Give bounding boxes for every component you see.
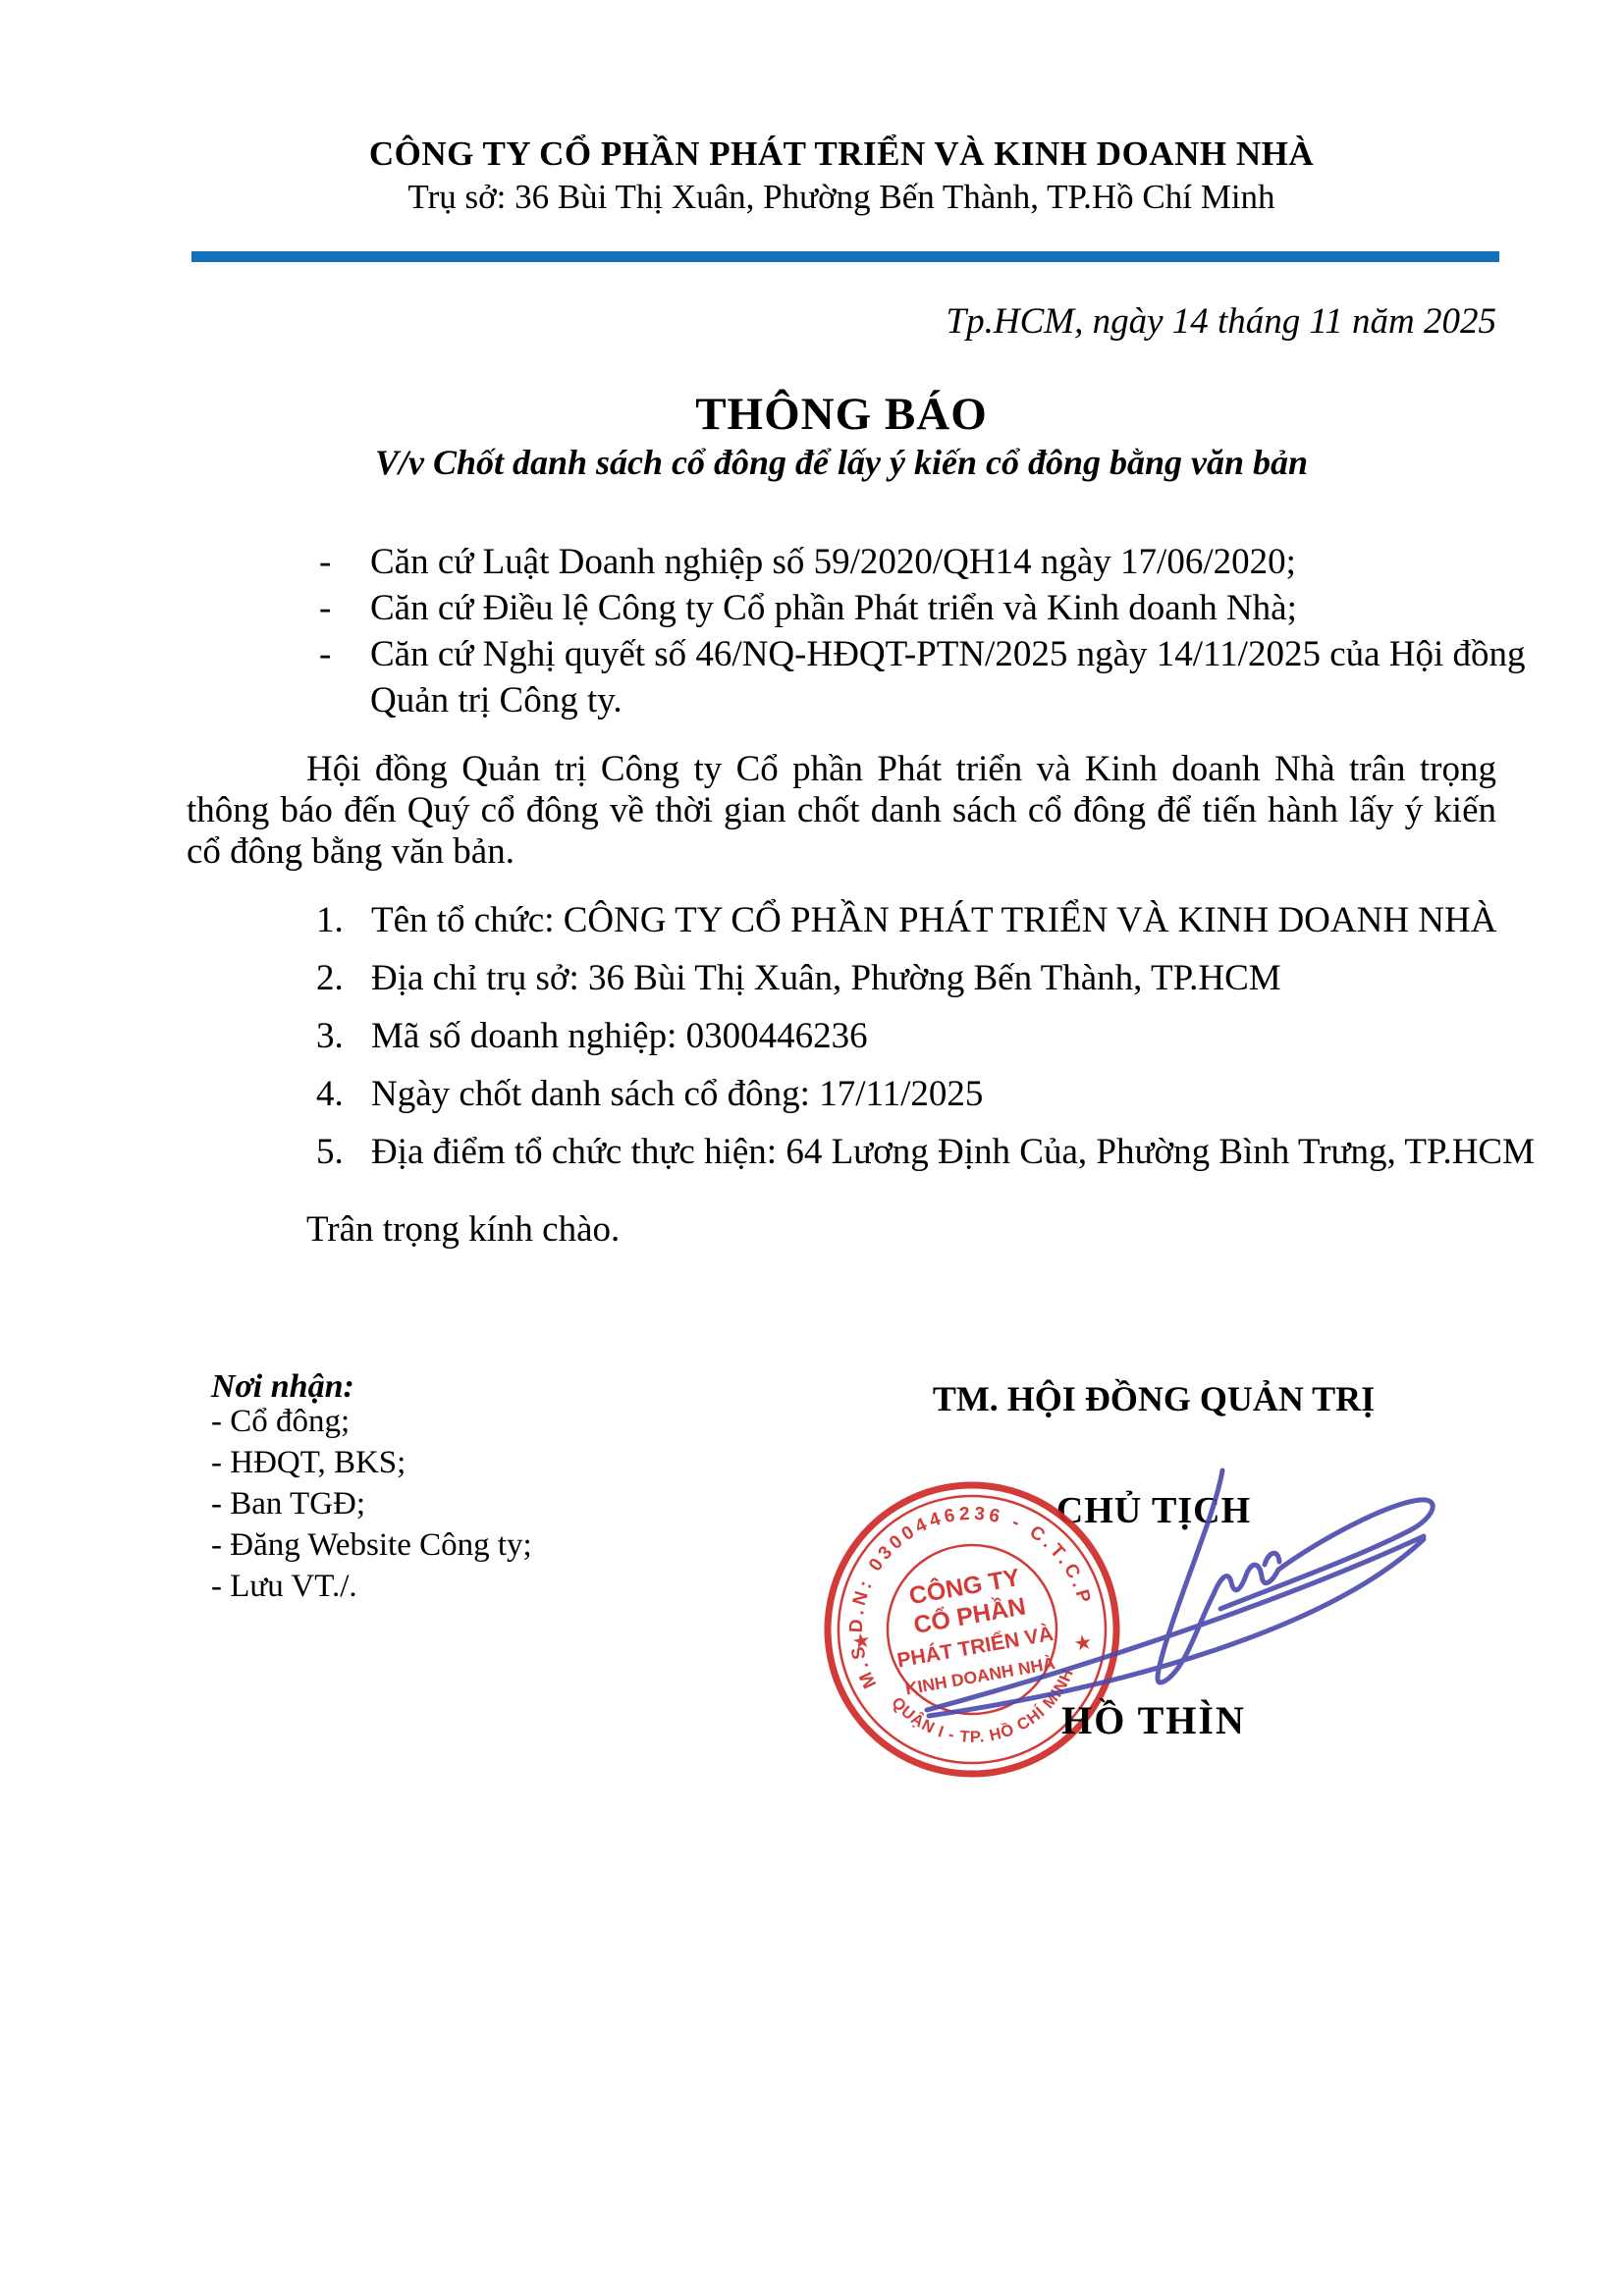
detail-item: 4.Ngày chốt danh sách cổ đông: 17/11/202… <box>316 1074 1535 1115</box>
item-number: 1. <box>316 900 371 941</box>
legal-basis-continuation: Quản trị Công ty. <box>370 677 1526 723</box>
recipient-item: - Lưu VT./. <box>211 1566 532 1607</box>
signature-on-behalf: TM. HỘI ĐỒNG QUẢN TRỊ <box>864 1378 1443 1419</box>
document-subtitle: V/v Chốt danh sách cổ đông để lấy ý kiến… <box>187 442 1496 483</box>
detail-text: Địa điểm tổ chức thực hiện: 64 Lương Địn… <box>371 1132 1535 1172</box>
legal-basis-item: -Căn cứ Luật Doanh nghiệp số 59/2020/QH1… <box>319 539 1526 585</box>
legal-basis-list: -Căn cứ Luật Doanh nghiệp số 59/2020/QH1… <box>319 539 1526 723</box>
recipient-item: - HĐQT, BKS; <box>211 1442 532 1483</box>
recipients-list: - Cổ đông; - HĐQT, BKS; - Ban TGĐ; - Đăn… <box>211 1401 532 1607</box>
stamp-star-left: ★ <box>850 1629 873 1654</box>
item-number: 5. <box>316 1132 371 1173</box>
detail-text: Tên tổ chức: CÔNG TY CỔ PHẦN PHÁT TRIỂN … <box>371 900 1496 940</box>
legal-basis-item: -Căn cứ Nghị quyết số 46/NQ-HĐQT-PTN/202… <box>319 631 1526 677</box>
document-title: THÔNG BÁO <box>187 388 1496 441</box>
body-paragraph: Hội đồng Quản trị Công ty Cổ phần Phát t… <box>187 749 1496 873</box>
company-address: Trụ sở: 36 Bùi Thị Xuân, Phường Bến Thàn… <box>187 178 1496 217</box>
recipient-item: - Cổ đông; <box>211 1401 532 1442</box>
item-number: 2. <box>316 958 371 999</box>
recipient-item: - Ban TGĐ; <box>211 1483 532 1524</box>
signer-name: HỒ THÌN <box>864 1697 1443 1743</box>
detail-text: Địa chỉ trụ sở: 36 Bùi Thị Xuân, Phường … <box>371 958 1281 998</box>
item-number: 3. <box>316 1016 371 1057</box>
legal-basis-text: Căn cứ Luật Doanh nghiệp số 59/2020/QH14… <box>370 542 1296 582</box>
legal-basis-text: Căn cứ Điều lệ Công ty Cổ phần Phát triể… <box>370 588 1297 628</box>
bullet-dash: - <box>319 539 370 585</box>
detail-item: 1.Tên tổ chức: CÔNG TY CỔ PHẦN PHÁT TRIỂ… <box>316 900 1535 941</box>
header-divider-rule <box>191 251 1499 262</box>
detail-item: 5.Địa điểm tổ chức thực hiện: 64 Lương Đ… <box>316 1132 1535 1173</box>
bullet-dash: - <box>319 631 370 677</box>
item-number: 4. <box>316 1074 371 1115</box>
detail-text: Ngày chốt danh sách cổ đông: 17/11/2025 <box>371 1074 983 1114</box>
closing-salutation: Trân trọng kính chào. <box>306 1208 620 1251</box>
legal-basis-item: -Căn cứ Điều lệ Công ty Cổ phần Phát tri… <box>319 585 1526 631</box>
bullet-dash: - <box>319 585 370 631</box>
date-line: Tp.HCM, ngày 14 tháng 11 năm 2025 <box>187 300 1496 343</box>
detail-item: 3.Mã số doanh nghiệp: 0300446236 <box>316 1016 1535 1057</box>
detail-item: 2.Địa chỉ trụ sở: 36 Bùi Thị Xuân, Phườn… <box>316 958 1535 999</box>
recipient-item: - Đăng Website Công ty; <box>211 1524 532 1566</box>
legal-basis-text: Căn cứ Nghị quyết số 46/NQ-HĐQT-PTN/2025… <box>370 634 1526 674</box>
company-name: CÔNG TY CỔ PHẦN PHÁT TRIỂN VÀ KINH DOANH… <box>187 134 1496 174</box>
details-list: 1.Tên tổ chức: CÔNG TY CỔ PHẦN PHÁT TRIỂ… <box>316 900 1535 1190</box>
document-page: CÔNG TY CỔ PHẦN PHÁT TRIỂN VÀ KINH DOANH… <box>0 0 1624 2296</box>
detail-text: Mã số doanh nghiệp: 0300446236 <box>371 1016 868 1056</box>
